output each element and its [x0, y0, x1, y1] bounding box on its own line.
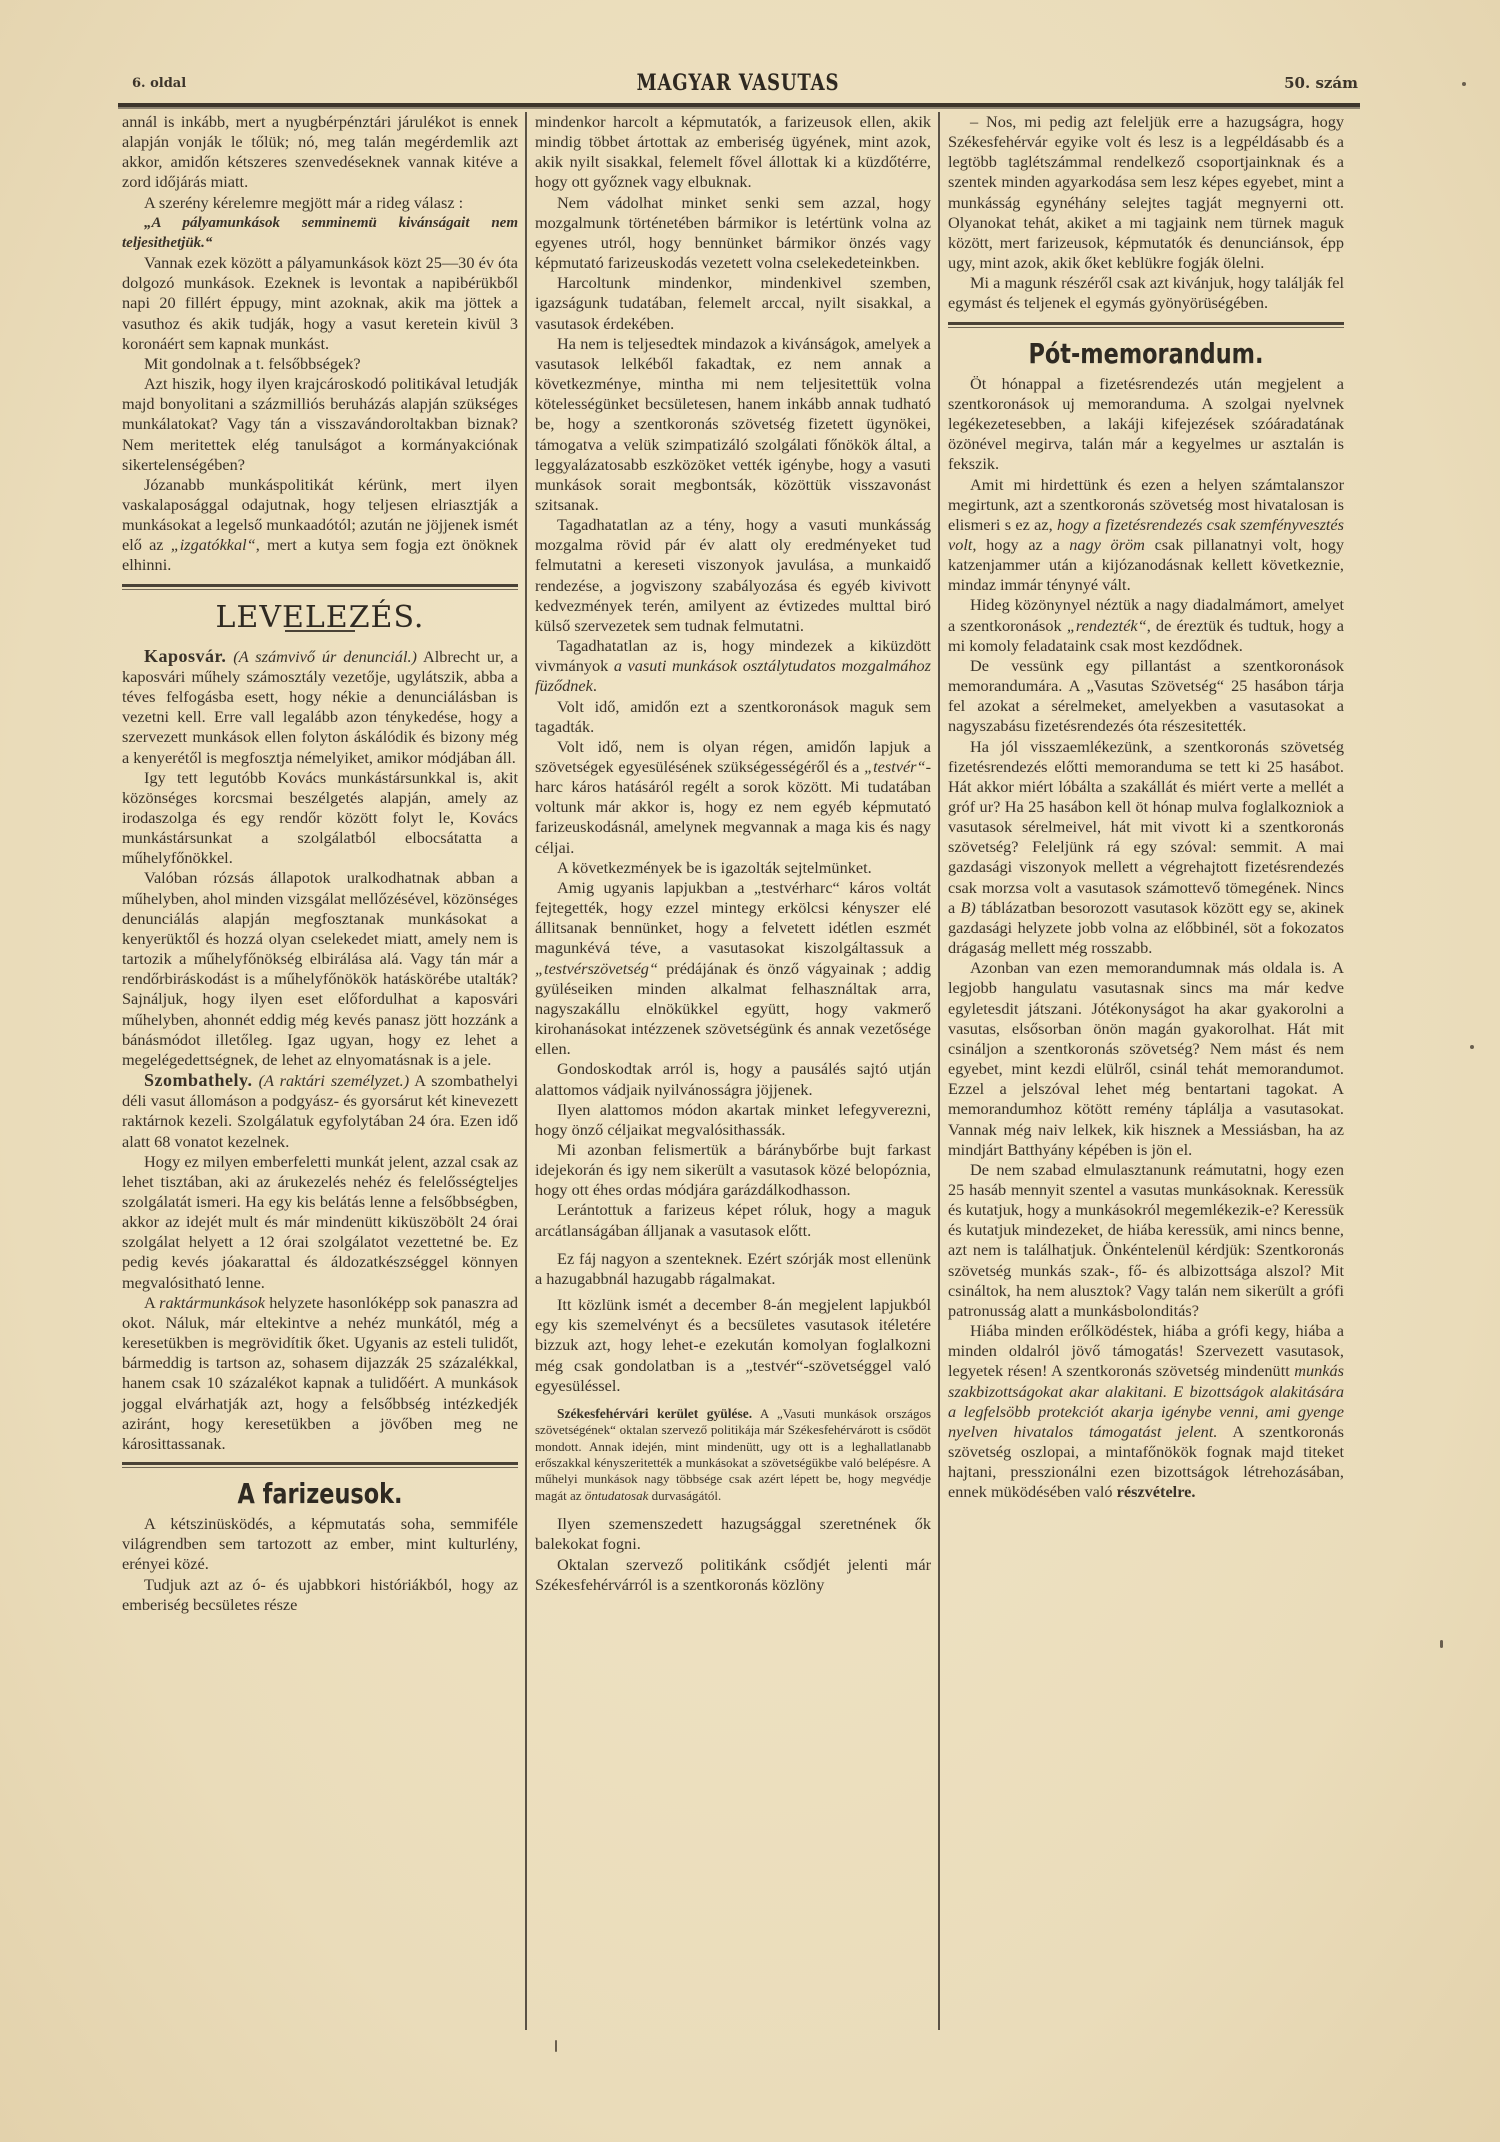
- text-run: Amig ugyanis lapjukban a „testvérharc“ k…: [535, 878, 931, 957]
- text-run: A: [144, 1293, 159, 1312]
- print-speck: [1462, 82, 1466, 86]
- masthead-rule: [118, 103, 1360, 107]
- article-paragraph: A raktármunkások helyzete hasonlóképp so…: [122, 1293, 518, 1454]
- text-run: hogy az a: [976, 535, 1069, 554]
- spacer: [535, 1241, 931, 1249]
- column-divider: [525, 112, 527, 2030]
- text-run: helyzete hasonlóképp sok panaszra ad oko…: [122, 1293, 518, 1453]
- text-run: durvaságától.: [648, 1488, 721, 1503]
- text-run-bold: részvételre.: [1117, 1482, 1196, 1501]
- section-separator: [948, 322, 1344, 328]
- article-paragraph: Ilyen szemenszedett hazugsággal szeretné…: [535, 1514, 931, 1554]
- newspaper-page: 6. oldal MAGYAR VASUTAS 50. szám annál i…: [0, 0, 1500, 2142]
- article-paragraph: Vannak ezek között a pályamunkások közt …: [122, 253, 518, 354]
- text-run: .: [593, 676, 597, 695]
- text-run: Hiába minden erőlködéstek, hiába a grófi…: [948, 1321, 1344, 1380]
- column-divider: [938, 112, 940, 2030]
- article-paragraph: Harcoltunk mindenkor, mindenkivel szembe…: [535, 273, 931, 333]
- article-paragraph: mindenkor harcolt a képmutatók, a farize…: [535, 112, 931, 193]
- print-speck: [1470, 1045, 1474, 1049]
- text-run-italic: B): [960, 898, 975, 917]
- subtitle: (A számvivő úr denunciál.): [233, 647, 417, 666]
- text-run-italic: „rendezték“: [1067, 616, 1147, 635]
- text-run-italic: „izgatókkal“: [171, 535, 256, 554]
- article-paragraph: Hiába minden erőlködéstek, hiába a grófi…: [948, 1321, 1344, 1502]
- spacer: [535, 1396, 931, 1406]
- article-paragraph: Tudjuk azt az ó- és ujabbkori históriákb…: [122, 1575, 518, 1615]
- article-paragraph: Amig ugyanis lapjukban a „testvérharc“ k…: [535, 878, 931, 1059]
- text-run-italic: „testvérszövetség“: [535, 959, 658, 978]
- article-paragraph: Tagadhatatlan az is, hogy mindezek a kik…: [535, 636, 931, 696]
- section-separator: [122, 1462, 518, 1468]
- article-paragraph: Öt hónappal a fizetésrendezés után megje…: [948, 374, 1344, 475]
- article-paragraph: Tagadhatatlan az a tény, hogy a vasuti m…: [535, 515, 931, 636]
- print-speck: [1440, 1640, 1443, 1648]
- section-heading-farizeusok: A farizeusok.: [162, 1484, 479, 1504]
- article-paragraph: De vessünk egy pillantást a szentkoronás…: [948, 656, 1344, 737]
- subtitle: (A raktári személyzet.): [259, 1071, 410, 1090]
- quoted-reply: „A pályamunkások semminemü kivánságait n…: [122, 213, 518, 253]
- article-paragraph: Mit gondolnak a t. felsőbbségek?: [122, 354, 518, 374]
- text-run-italic: „testvér“: [864, 757, 926, 776]
- column-right: – Nos, mi pedig azt feleljük erre a hazu…: [948, 112, 1344, 1502]
- excerpt-title: Székesfehérvári kerület gyülése.: [557, 1406, 752, 1421]
- article-paragraph: Lerántottuk a farizeus képet róluk, hogy…: [535, 1200, 931, 1240]
- article-paragraph: Volt idő, amidőn ezt a szentkoronások ma…: [535, 697, 931, 737]
- article-paragraph: – Nos, mi pedig azt feleljük erre a hazu…: [948, 112, 1344, 273]
- article-paragraph: A szerény kérelemre megjött már a rideg …: [122, 193, 518, 213]
- section-heading-pot-memorandum: Pót-memorandum.: [988, 344, 1305, 364]
- article-paragraph: Valóban rózsás állapotok uralkodhatnak a…: [122, 868, 518, 1070]
- article-paragraph: Azt hiszik, hogy ilyen krajcároskodó pol…: [122, 374, 518, 475]
- article-paragraph: Józanabb munkáspolitikát kérünk, mert il…: [122, 475, 518, 576]
- text-run-italic: öntudatosak: [585, 1488, 649, 1503]
- article-paragraph: A kétszinüsködés, a képmutatás soha, sem…: [122, 1514, 518, 1574]
- correspondence-szombathely: Szombathely. (A raktári személyzet.) A s…: [122, 1070, 518, 1152]
- article-paragraph: Ilyen alattomos módon akartak minket lef…: [535, 1100, 931, 1140]
- spacer: [535, 1504, 931, 1514]
- article-paragraph: Mi a magunk részéről csak azt kivánjuk, …: [948, 273, 1344, 313]
- section-separator: [122, 584, 518, 590]
- quoted-excerpt: Székesfehérvári kerület gyülése. A „Vasu…: [535, 1406, 931, 1504]
- issue-number: 50. szám: [1284, 74, 1358, 92]
- column-middle: mindenkor harcolt a képmutatók, a farize…: [535, 112, 931, 1595]
- article-paragraph: Ez fáj nagyon a szenteknek. Ezért szórjá…: [535, 1249, 931, 1289]
- text-run: Ha jól visszaemlékezünk, a szentkoronás …: [948, 737, 1344, 917]
- page-number-label: 6. oldal: [132, 76, 186, 91]
- article-paragraph: Volt idő, nem is olyan régen, amidőn lap…: [535, 737, 931, 858]
- column-left: annál is inkább, mert a nyugbérpénztári …: [122, 112, 518, 1615]
- article-paragraph: Itt közlünk ismét a december 8-án megjel…: [535, 1295, 931, 1396]
- newspaper-title: MAGYAR VASUTAS: [230, 70, 1247, 96]
- place-name: Kaposvár.: [144, 646, 226, 666]
- text-run-italic: nagy öröm: [1069, 535, 1145, 554]
- text-run: táblázatban besorozott vasutasok között …: [948, 898, 1344, 957]
- article-paragraph: Mi azonban felismertük a báránybőrbe buj…: [535, 1140, 931, 1200]
- article-paragraph: Igy tett legutóbb Kovács munkástársunkka…: [122, 768, 518, 869]
- article-paragraph: Hogy ez milyen emberfeletti munkát jelen…: [122, 1152, 518, 1293]
- article-paragraph: Ha nem is teljesedtek mindazok a kivánsá…: [535, 334, 931, 515]
- section-heading-levelezes: LEVELEZÉS.: [122, 608, 518, 628]
- article-paragraph: De nem szabad elmulasztanunk reámutatni,…: [948, 1160, 1344, 1321]
- article-paragraph: Nem vádolhat minket senki sem azzal, hog…: [535, 193, 931, 274]
- article-paragraph: Hideg közönynyel néztük a nagy diadalmám…: [948, 595, 1344, 655]
- masthead: 6. oldal MAGYAR VASUTAS 50. szám: [118, 70, 1358, 100]
- article-paragraph: Azonban van ezen memorandumnak más oldal…: [948, 958, 1344, 1160]
- article-paragraph: Gondoskodtak arról is, hogy a pausálés s…: [535, 1059, 931, 1099]
- article-paragraph: Oktalan szervező politikánk csődjét jele…: [535, 1555, 931, 1595]
- print-speck: [555, 2040, 557, 2052]
- text-run-italic: raktármunkások: [159, 1293, 265, 1312]
- article-paragraph: A következmények be is igazolták sejtelm…: [535, 858, 931, 878]
- place-name: Szombathely.: [144, 1070, 253, 1090]
- article-paragraph: Amit mi hirdettünk és ezen a helyen szám…: [948, 475, 1344, 596]
- article-paragraph: Ha jól visszaemlékezünk, a szentkoronás …: [948, 737, 1344, 959]
- correspondence-kaposvar: Kaposvár. (A számvivő úr denunciál.) Alb…: [122, 646, 518, 768]
- article-paragraph: annál is inkább, mert a nyugbérpénztári …: [122, 112, 518, 193]
